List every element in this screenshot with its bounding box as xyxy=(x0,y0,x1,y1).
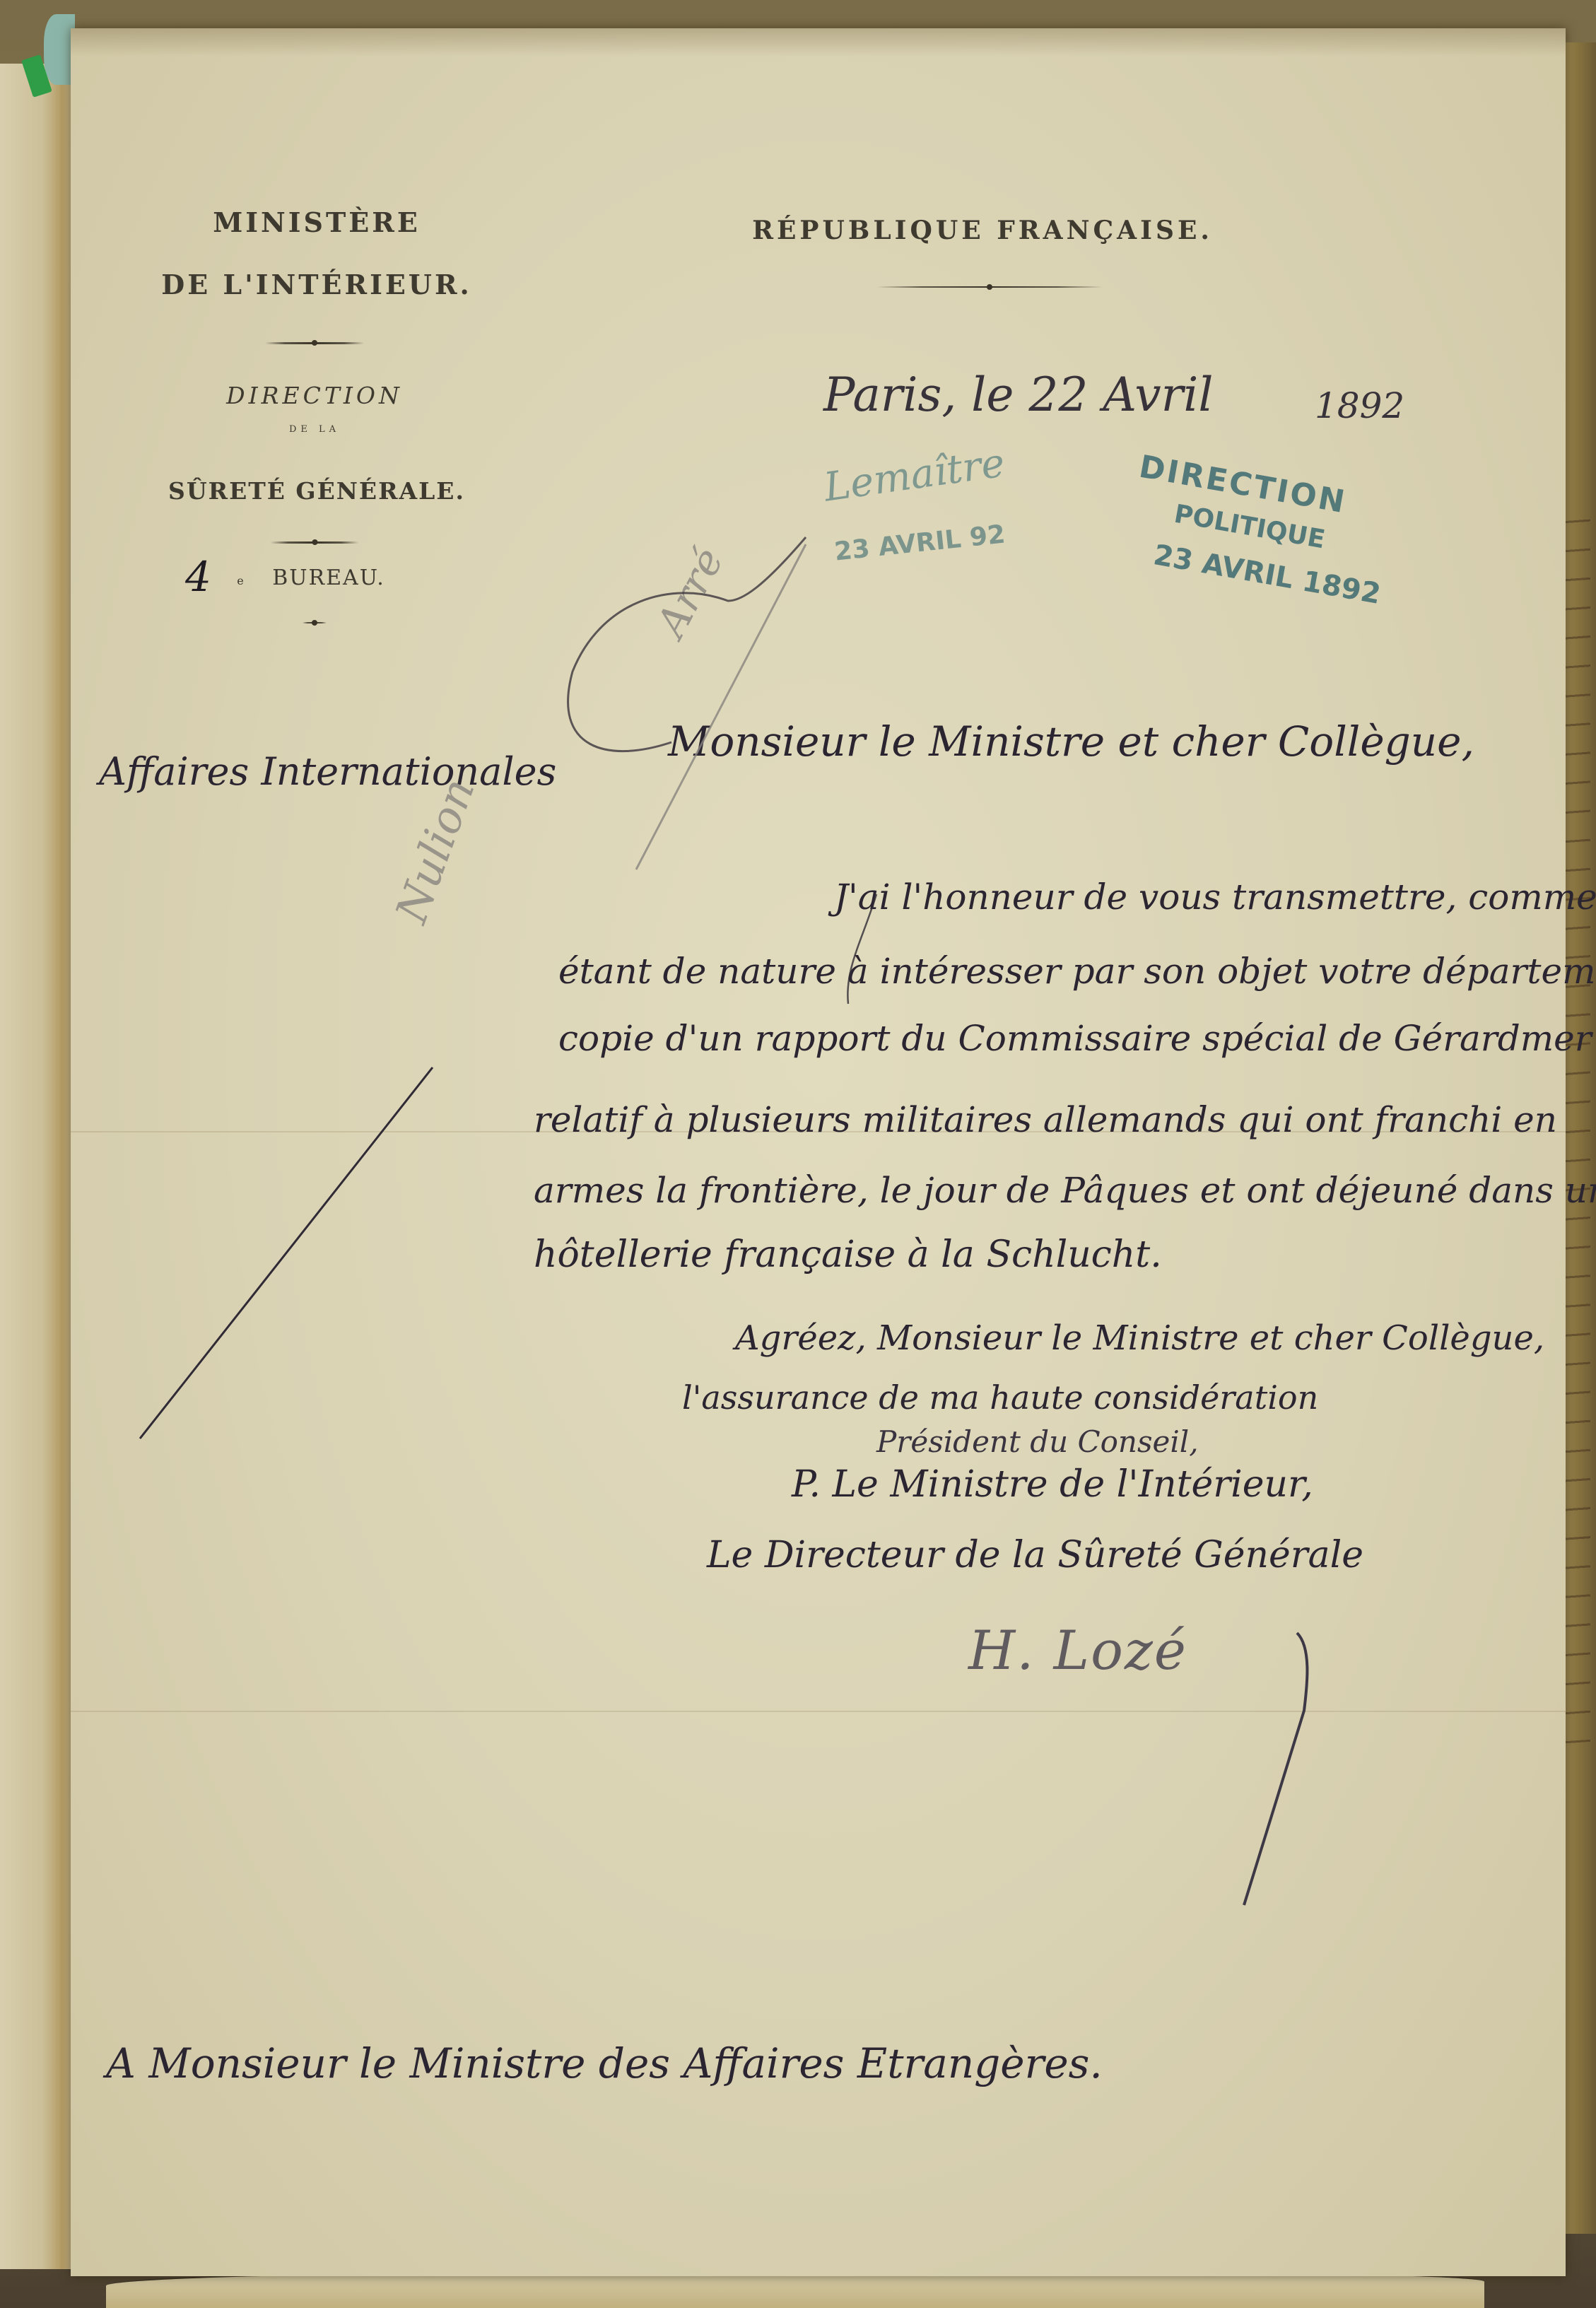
short-rule xyxy=(303,622,327,623)
body-line-6: hôtellerie française à la Schlucht. xyxy=(534,1234,1162,1276)
addressee-line: A Monsieur le Ministre des Affaires Etra… xyxy=(106,2039,1103,2087)
signature-pour-ministre: P. Le Ministre de l'Intérieur, xyxy=(792,1463,1313,1506)
body-line-2: étant de nature à intéresser par son obj… xyxy=(558,951,1596,992)
dateline-place-date: Paris, le 22 Avril xyxy=(823,368,1213,422)
dateline-year: 1892 xyxy=(1315,385,1404,426)
sheet-top-shadow xyxy=(71,28,1566,57)
signature-directeur-line: Le Directeur de la Sûreté Générale xyxy=(707,1534,1363,1576)
body-line-5: armes la frontière, le jour de Pâques et… xyxy=(534,1170,1596,1211)
handwritten-signature: H. Lozé xyxy=(968,1619,1187,1682)
bureau-number: 4 xyxy=(185,553,211,601)
body-line-1: J'ai l'honneur de vous transmettre, comm… xyxy=(834,877,1596,918)
body-line-4: relatif à plusieurs militaires allemands… xyxy=(534,1099,1557,1140)
ministry-heading-line1: MINISTÈRE xyxy=(213,206,421,238)
signature-president-du-conseil: Président du Conseil, xyxy=(876,1424,1199,1459)
bureau-ordinal-suffix: e xyxy=(237,574,247,587)
de-la-label: DE LA xyxy=(289,424,340,435)
bureau-label: BUREAU. xyxy=(272,566,385,590)
letter-salutation: Monsieur le Ministre et cher Collègue, xyxy=(668,717,1474,766)
margin-subject: Affaires Internationales xyxy=(99,749,556,794)
surete-generale-heading: SÛRETÉ GÉNÉRALE. xyxy=(168,477,465,505)
closing-line-2: l'assurance de ma haute considération xyxy=(682,1378,1318,1417)
ministry-heading-line2: DE L'INTÉRIEUR. xyxy=(161,269,472,300)
underlying-page-left xyxy=(0,64,78,2269)
ornamental-rule xyxy=(271,541,359,544)
closing-line-1: Agréez, Monsieur le Ministre et cher Col… xyxy=(735,1318,1544,1358)
letter-sheet xyxy=(71,28,1566,2276)
direction-heading: DIRECTION xyxy=(226,382,403,409)
body-line-3: copie d'un rapport du Commissaire spécia… xyxy=(558,1018,1592,1059)
paper-fold-line xyxy=(71,1711,1566,1712)
republique-heading: RÉPUBLIQUE FRANÇAISE. xyxy=(752,216,1213,245)
ornamental-rule xyxy=(265,342,364,344)
ornamental-rule xyxy=(876,286,1103,288)
